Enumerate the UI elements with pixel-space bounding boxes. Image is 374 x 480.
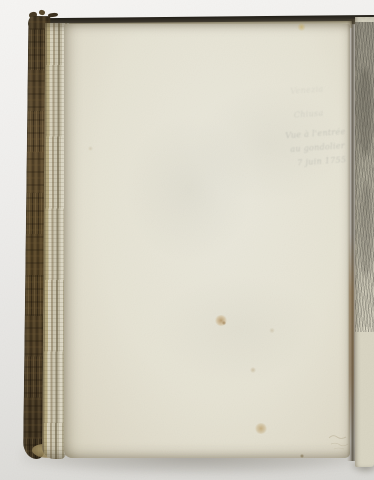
- inscription-line: Venezia: [290, 86, 324, 96]
- foxing-spot: [250, 367, 256, 373]
- foxing-spot: [297, 23, 306, 31]
- gutter-stain-streak: [349, 235, 354, 440]
- foxing-speck: [300, 454, 304, 458]
- inscription-line: 7 juin 1755: [297, 156, 347, 167]
- facing-page-sliver: [355, 17, 374, 467]
- graphite-dark-patch: [359, 182, 373, 277]
- graphite-dark-patch: [357, 67, 373, 157]
- foxing-spot: [255, 423, 267, 434]
- photo-of-open-sketchbook: Venezia Chiusa Vue à l'entrée au gondoli…: [0, 0, 374, 480]
- inscription-line: Chiusa: [294, 110, 324, 120]
- graphite-drawing-sliver: [355, 22, 374, 332]
- show-through-mottling: [154, 274, 324, 384]
- inscription-line: Vue à l'entrée: [285, 128, 346, 140]
- foxing-spot: [269, 328, 275, 333]
- foxing-spot: [88, 146, 93, 151]
- inscription-line: au gondolier: [290, 142, 345, 154]
- foxing-spot-core: [222, 321, 226, 325]
- faint-pencil-inscription: Venezia Chiusa Vue à l'entrée au gondoli…: [280, 82, 356, 179]
